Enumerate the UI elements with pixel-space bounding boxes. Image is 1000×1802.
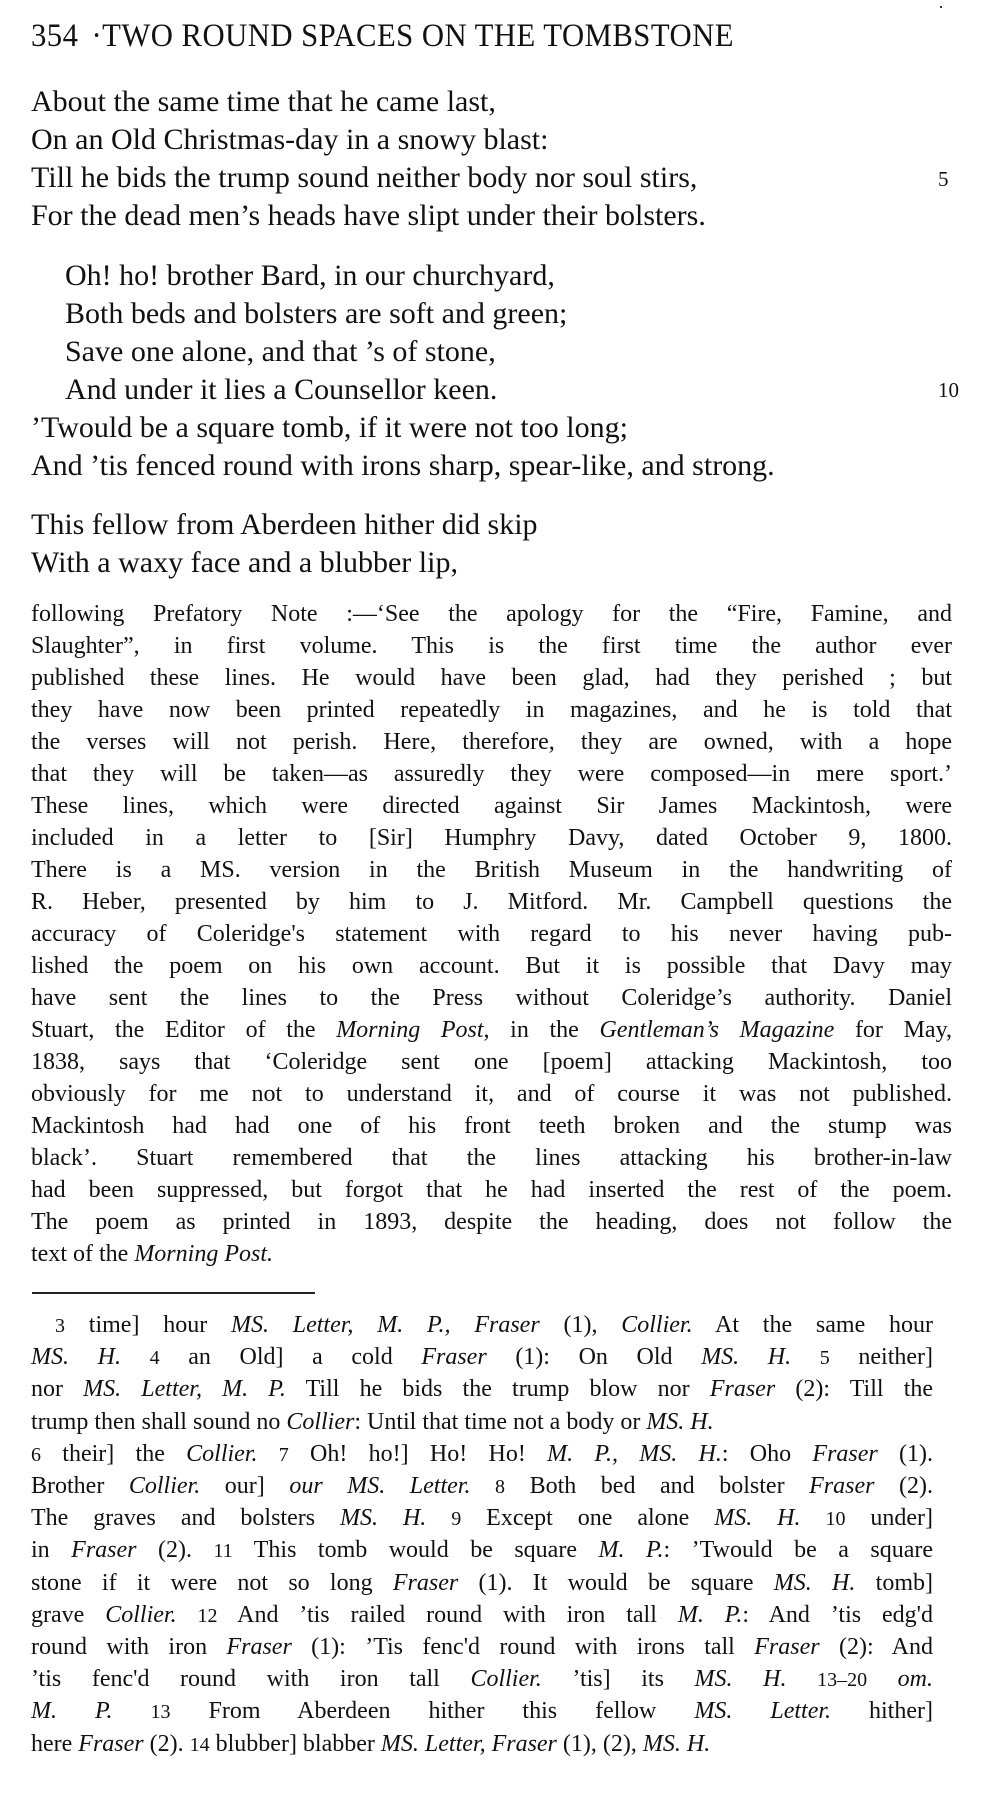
- verse-line: Save one alone, and that ’s of stone,: [65, 335, 496, 369]
- note-line: the verses will not perish. Here, theref…: [31, 728, 952, 756]
- note-line: Slaughter”, in first volume. This is the…: [31, 632, 952, 660]
- italic-source-siglum: Fraser: [754, 1634, 819, 1660]
- header-dash-mark: ·: [91, 18, 102, 54]
- footnote-line: nor MS. Letter, M. P. Till he bids the t…: [31, 1375, 933, 1403]
- italic-source-siglum: M. P.: [598, 1537, 663, 1563]
- italic-source-siglum: Morning Post.: [134, 1241, 273, 1267]
- footnote-line-ref: 7: [279, 1444, 289, 1466]
- scan-speck: [940, 6, 942, 8]
- italic-source-siglum: Fraser: [393, 1570, 458, 1596]
- italic-source-siglum: Fraser: [421, 1344, 486, 1370]
- italic-source-siglum: Morning Post: [336, 1017, 483, 1043]
- italic-source-siglum: MS. Letter, M. P., Fraser: [231, 1312, 540, 1338]
- italic-source-siglum: Fraser: [78, 1731, 143, 1757]
- footnote-line-ref: 10: [825, 1508, 845, 1530]
- italic-source-siglum: MS. Letter, M. P.: [83, 1376, 286, 1402]
- italic-source-siglum: MS. H.: [31, 1344, 121, 1370]
- note-line: published these lines. He would have bee…: [31, 664, 952, 692]
- footnote-line: The graves and bolsters MS. H. 9 Except …: [31, 1504, 933, 1532]
- italic-source-siglum: MS. H.: [714, 1505, 800, 1531]
- footnote-line: here Fraser (2). 14 blubber] blabber MS.…: [31, 1730, 933, 1758]
- note-line: following Prefatory Note :—‘See the apol…: [31, 600, 952, 628]
- footnote-line: grave Collier. 12 And ’tis railed round …: [31, 1601, 933, 1629]
- footnote-line: M. P. 13 From Aberdeen hither this fello…: [31, 1697, 933, 1725]
- verse-line: ’Twould be a square tomb, if it were not…: [31, 411, 628, 445]
- note-line: text of the Morning Post.: [31, 1240, 952, 1268]
- italic-source-siglum: MS. H.: [774, 1570, 856, 1596]
- verse-line: And under it lies a Counsellor keen.: [65, 373, 497, 407]
- italic-source-siglum: Collier.: [186, 1441, 257, 1467]
- footnote-line-ref: 5: [820, 1347, 830, 1369]
- note-line: 1838, says that ‘Coleridge sent one [poe…: [31, 1048, 952, 1076]
- running-head-title: TWO ROUND SPACES ON THE TOMBSTONE: [102, 18, 734, 54]
- italic-source-siglum: M. P.: [31, 1698, 113, 1724]
- footnote-rule: [32, 1292, 315, 1294]
- verse-line: For the dead men’s heads have slipt unde…: [31, 199, 706, 233]
- italic-source-siglum: Fraser: [226, 1634, 291, 1660]
- note-line: There is a MS. version in the British Mu…: [31, 856, 952, 884]
- italic-source-siglum: Fraser: [812, 1441, 877, 1467]
- verse-line: And ’tis fenced round with irons sharp, …: [31, 449, 775, 483]
- italic-source-siglum: MS. Letter.: [694, 1698, 831, 1724]
- note-line: lished the poem on his own account. But …: [31, 952, 952, 980]
- verse-line: Till he bids the trump sound neither bod…: [31, 161, 697, 195]
- footnote-line: MS. H. 4 an Old] a cold Fraser (1): On O…: [31, 1343, 933, 1371]
- footnote-line-ref: 8: [495, 1476, 505, 1498]
- line-number: 10: [938, 378, 959, 403]
- note-line: Mackintosh had had one of his front teet…: [31, 1112, 952, 1140]
- note-line: that they will be taken—as assuredly the…: [31, 760, 952, 788]
- italic-source-siglum: MS. H.: [646, 1409, 713, 1435]
- italic-source-siglum: Collier.: [129, 1473, 200, 1499]
- note-line: had been suppressed, but forgot that he …: [31, 1176, 952, 1204]
- footnote-line-ref: 13–20: [817, 1669, 867, 1691]
- line-number: 5: [938, 167, 949, 192]
- footnote-line: trump then shall sound no Collier: Until…: [31, 1408, 933, 1436]
- verse-line: On an Old Christmas-day in a snowy blast…: [31, 123, 548, 157]
- note-line: R. Heber, presented by him to J. Mitford…: [31, 888, 952, 916]
- note-line: obviously for me not to understand it, a…: [31, 1080, 952, 1108]
- italic-source-siglum: M. P., MS. H.: [547, 1441, 722, 1467]
- italic-source-siglum: MS. H.: [701, 1344, 791, 1370]
- footnote-line: ’tis fenc'd round with iron tall Collier…: [31, 1665, 933, 1693]
- italic-source-siglum: MS. H.: [643, 1731, 710, 1757]
- italic-source-siglum: Fraser: [710, 1376, 775, 1402]
- note-line: accuracy of Coleridge's statement with r…: [31, 920, 952, 948]
- footnote-line-ref: 11: [213, 1540, 232, 1562]
- footnote-line: stone if it were not so long Fraser (1).…: [31, 1569, 933, 1597]
- footnote-line-ref: 13: [151, 1701, 171, 1723]
- footnote-line: Brother Collier. our] our MS. Letter. 8 …: [31, 1472, 933, 1500]
- footnote-line-ref: 12: [198, 1605, 218, 1627]
- italic-source-siglum: Collier.: [105, 1602, 176, 1628]
- italic-source-siglum: om.: [898, 1666, 933, 1692]
- verse-line: About the same time that he came last,: [31, 85, 496, 119]
- page-number: 354: [31, 18, 78, 54]
- italic-source-siglum: M. P.: [678, 1602, 743, 1628]
- book-page: 354·TWO ROUND SPACES ON THE TOMBSTONE Ab…: [0, 0, 1000, 1802]
- footnote-line-ref: 14: [190, 1734, 210, 1756]
- italic-source-siglum: MS. H.: [695, 1666, 787, 1692]
- italic-source-siglum: Fraser: [809, 1473, 874, 1499]
- note-line: The poem as printed in 1893, despite the…: [31, 1208, 952, 1236]
- verse-line: Both beds and bolsters are soft and gree…: [65, 297, 567, 331]
- verse-line: With a waxy face and a blubber lip,: [31, 546, 458, 580]
- footnote-line: 3 time] hour MS. Letter, M. P., Fraser (…: [31, 1311, 933, 1339]
- footnote-line-ref: 6: [31, 1444, 41, 1466]
- footnote-line-ref: 9: [451, 1508, 461, 1530]
- note-line: included in a letter to [Sir] Humphry Da…: [31, 824, 952, 852]
- note-line: black’. Stuart remembered that the lines…: [31, 1144, 952, 1172]
- italic-source-siglum: Collier.: [621, 1312, 692, 1338]
- italic-source-siglum: MS. H.: [340, 1505, 426, 1531]
- footnote-line-ref: 4: [150, 1347, 160, 1369]
- verse-line: Oh! ho! brother Bard, in our churchyard,: [65, 259, 555, 293]
- note-line: they have now been printed repeatedly in…: [31, 696, 952, 724]
- footnote-line: round with iron Fraser (1): ’Tis fenc'd …: [31, 1633, 933, 1661]
- italic-source-siglum: our MS. Letter.: [289, 1473, 470, 1499]
- italic-source-siglum: MS. Letter, Fraser: [381, 1731, 557, 1757]
- footnote-line: 6 their] the Collier. 7 Oh! ho!] Ho! Ho!…: [31, 1440, 933, 1468]
- italic-source-siglum: Collier.: [470, 1666, 541, 1692]
- note-line: These lines, which were directed against…: [31, 792, 952, 820]
- running-header: 354·TWO ROUND SPACES ON THE TOMBSTONE: [31, 18, 868, 54]
- verse-line: This fellow from Aberdeen hither did ski…: [31, 508, 538, 542]
- italic-source-siglum: Collier: [286, 1409, 354, 1435]
- italic-source-siglum: Fraser: [71, 1537, 136, 1563]
- footnote-line-ref: 3: [55, 1315, 65, 1337]
- note-line: have sent the lines to the Press without…: [31, 984, 952, 1012]
- footnote-line: in Fraser (2). 11 This tomb would be squ…: [31, 1536, 933, 1564]
- italic-source-siglum: Gentleman’s Magazine: [599, 1017, 834, 1043]
- note-line: Stuart, the Editor of the Morning Post, …: [31, 1016, 952, 1044]
